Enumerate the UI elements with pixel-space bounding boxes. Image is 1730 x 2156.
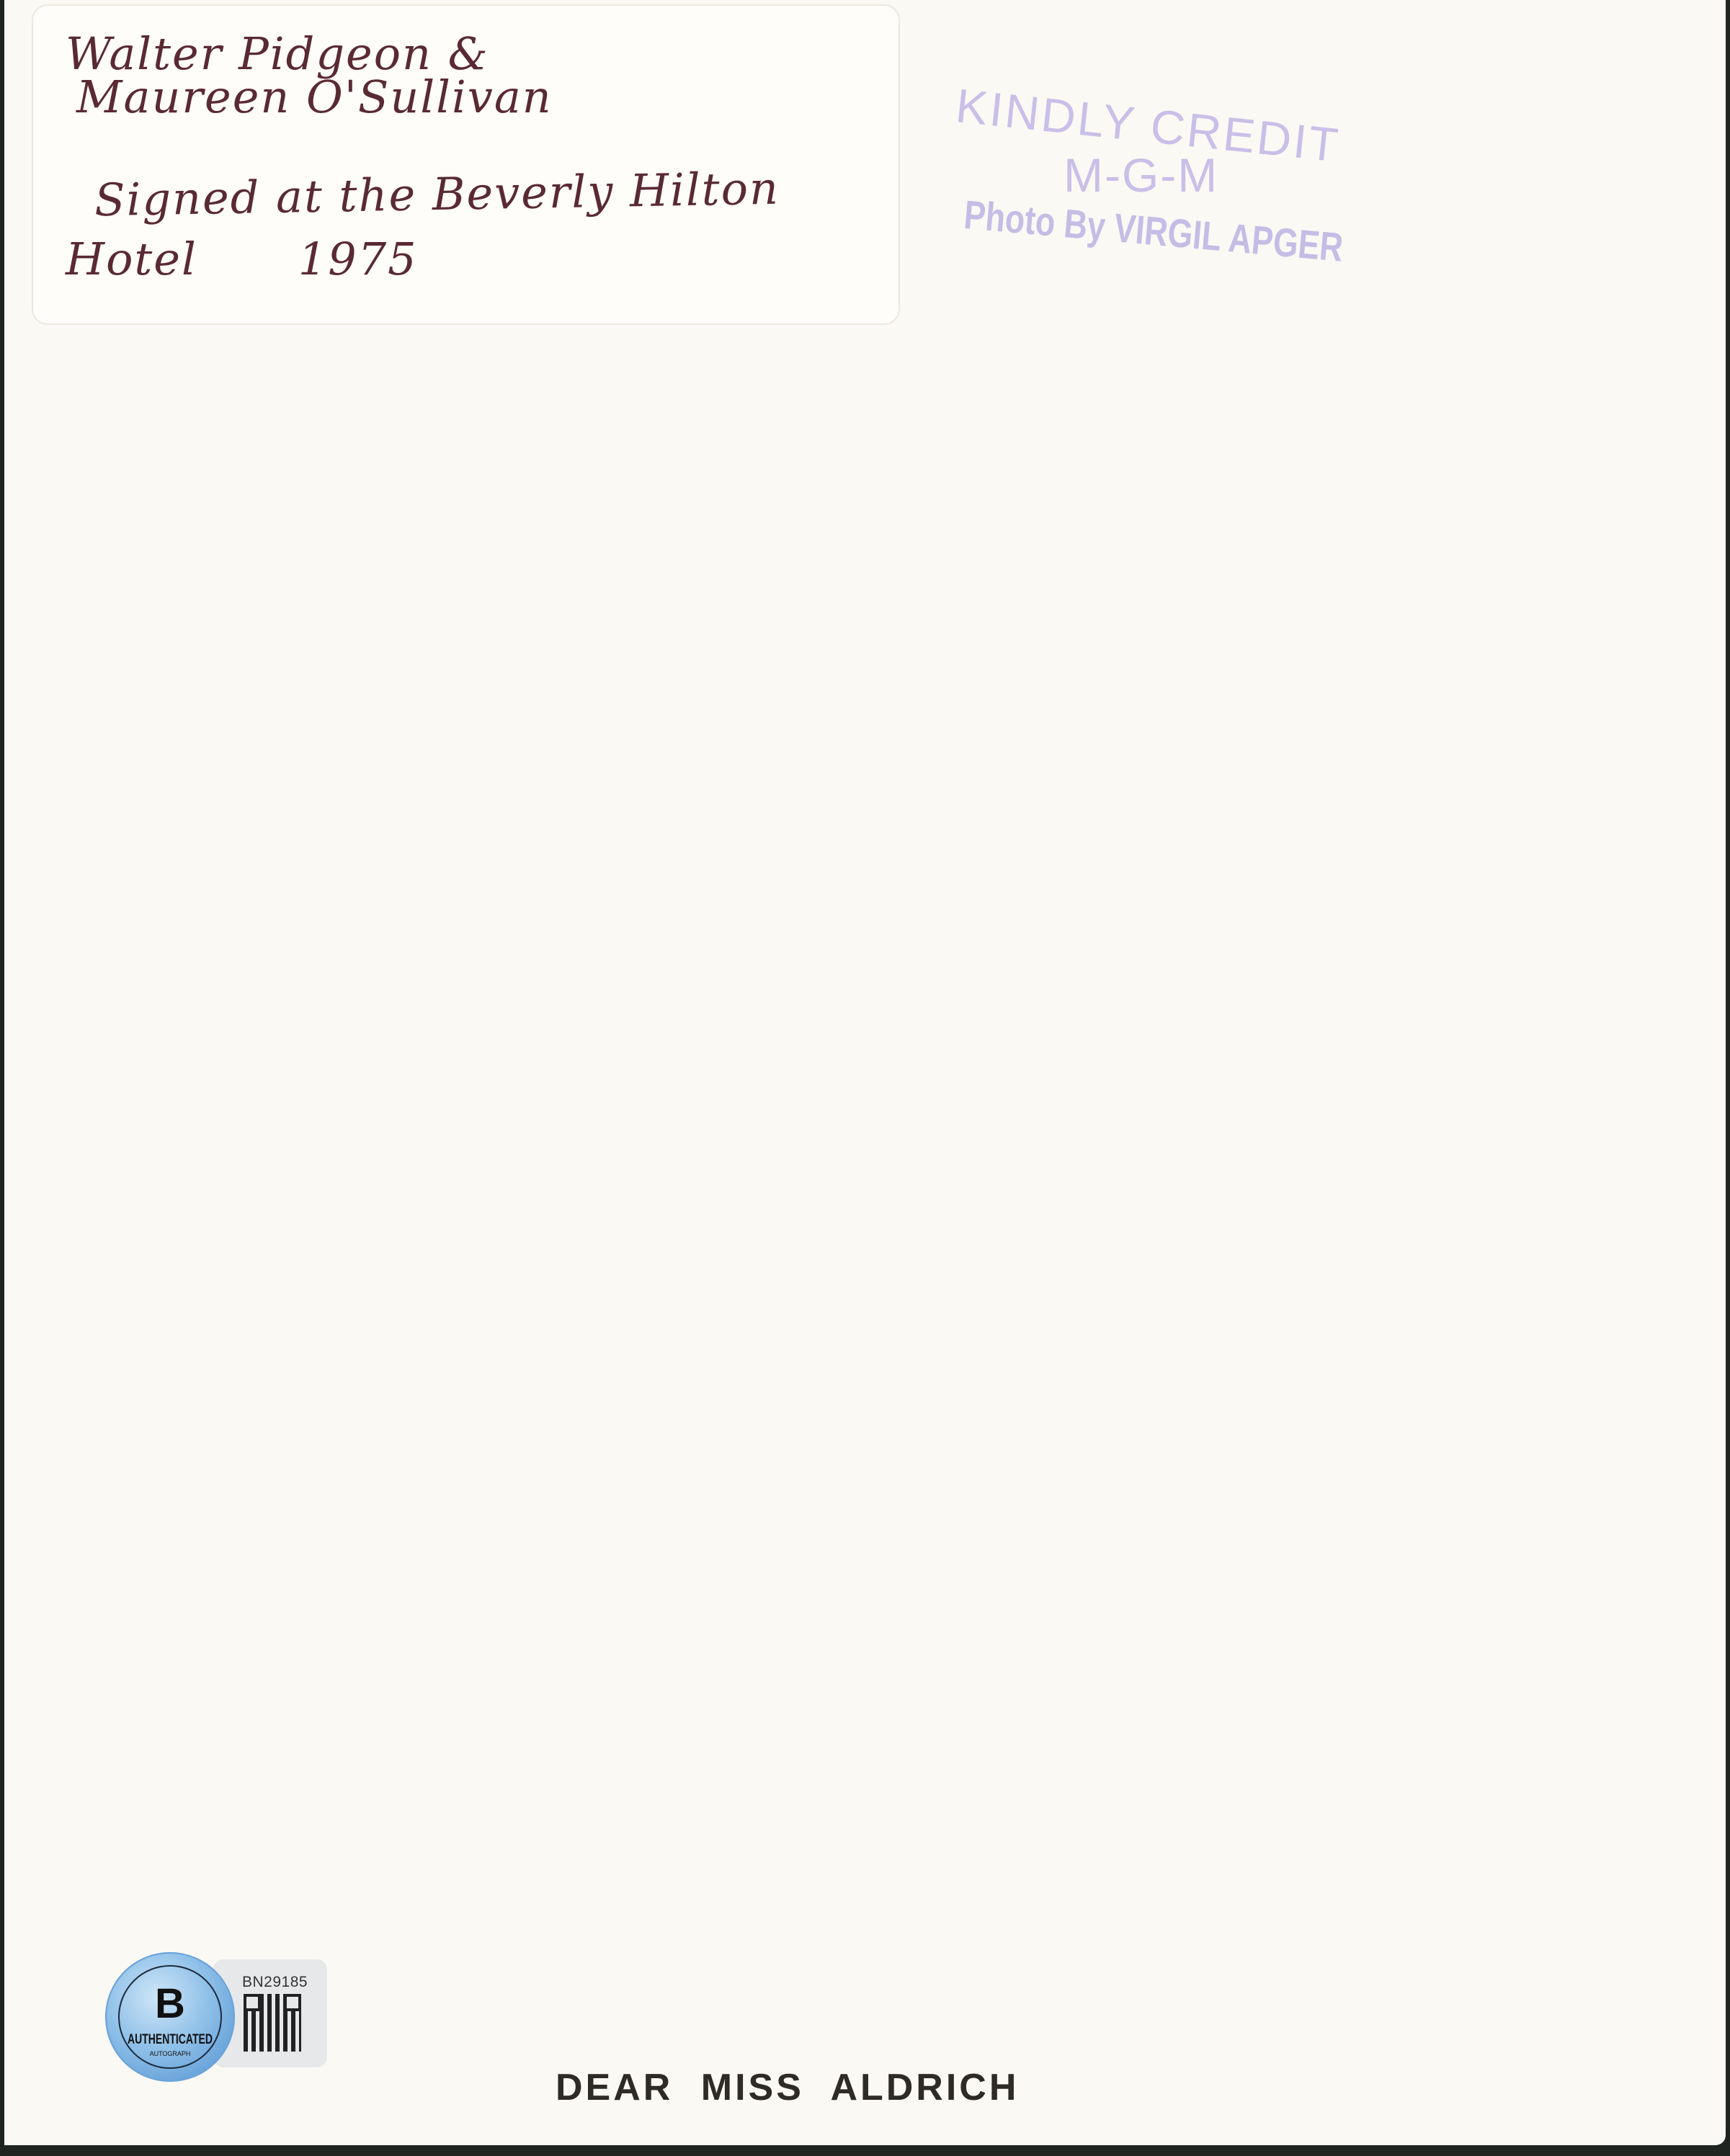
serial-number: BN29185: [242, 1974, 308, 1991]
seal-sublabel: AUTOGRAPH: [105, 2050, 235, 2057]
stamp-studio: M-G-M: [1064, 148, 1218, 202]
hologram-seal: B AUTHENTICATED AUTOGRAPH: [105, 1952, 235, 2082]
photo-back: Walter Pidgeon & Maureen O'Sullivan Sign…: [4, 0, 1726, 2145]
typed-caption: DEAR MISS ALDRICH: [556, 2066, 1019, 2109]
note-line-names-2: Maureen O'Sullivan: [76, 71, 553, 123]
authentication-sticker: BN29185 B AUTHENTICATED AUTOGRAPH: [105, 1945, 336, 2075]
note-hotel: Hotel: [66, 233, 197, 285]
brand-logo-icon: B: [105, 1980, 235, 2028]
note-year: 1975: [298, 233, 418, 285]
note-line-hotel: Hotel1975: [66, 233, 418, 285]
seal-label: AUTHENTICATED: [105, 2031, 235, 2047]
handwritten-note-label: Walter Pidgeon & Maureen O'Sullivan Sign…: [32, 4, 900, 325]
note-line-location: Signed at the Beverly Hilton: [94, 162, 780, 227]
stamp-photographer: Photo By VIRGIL APGER: [962, 191, 1345, 271]
qr-code-icon[interactable]: [244, 1994, 301, 2052]
